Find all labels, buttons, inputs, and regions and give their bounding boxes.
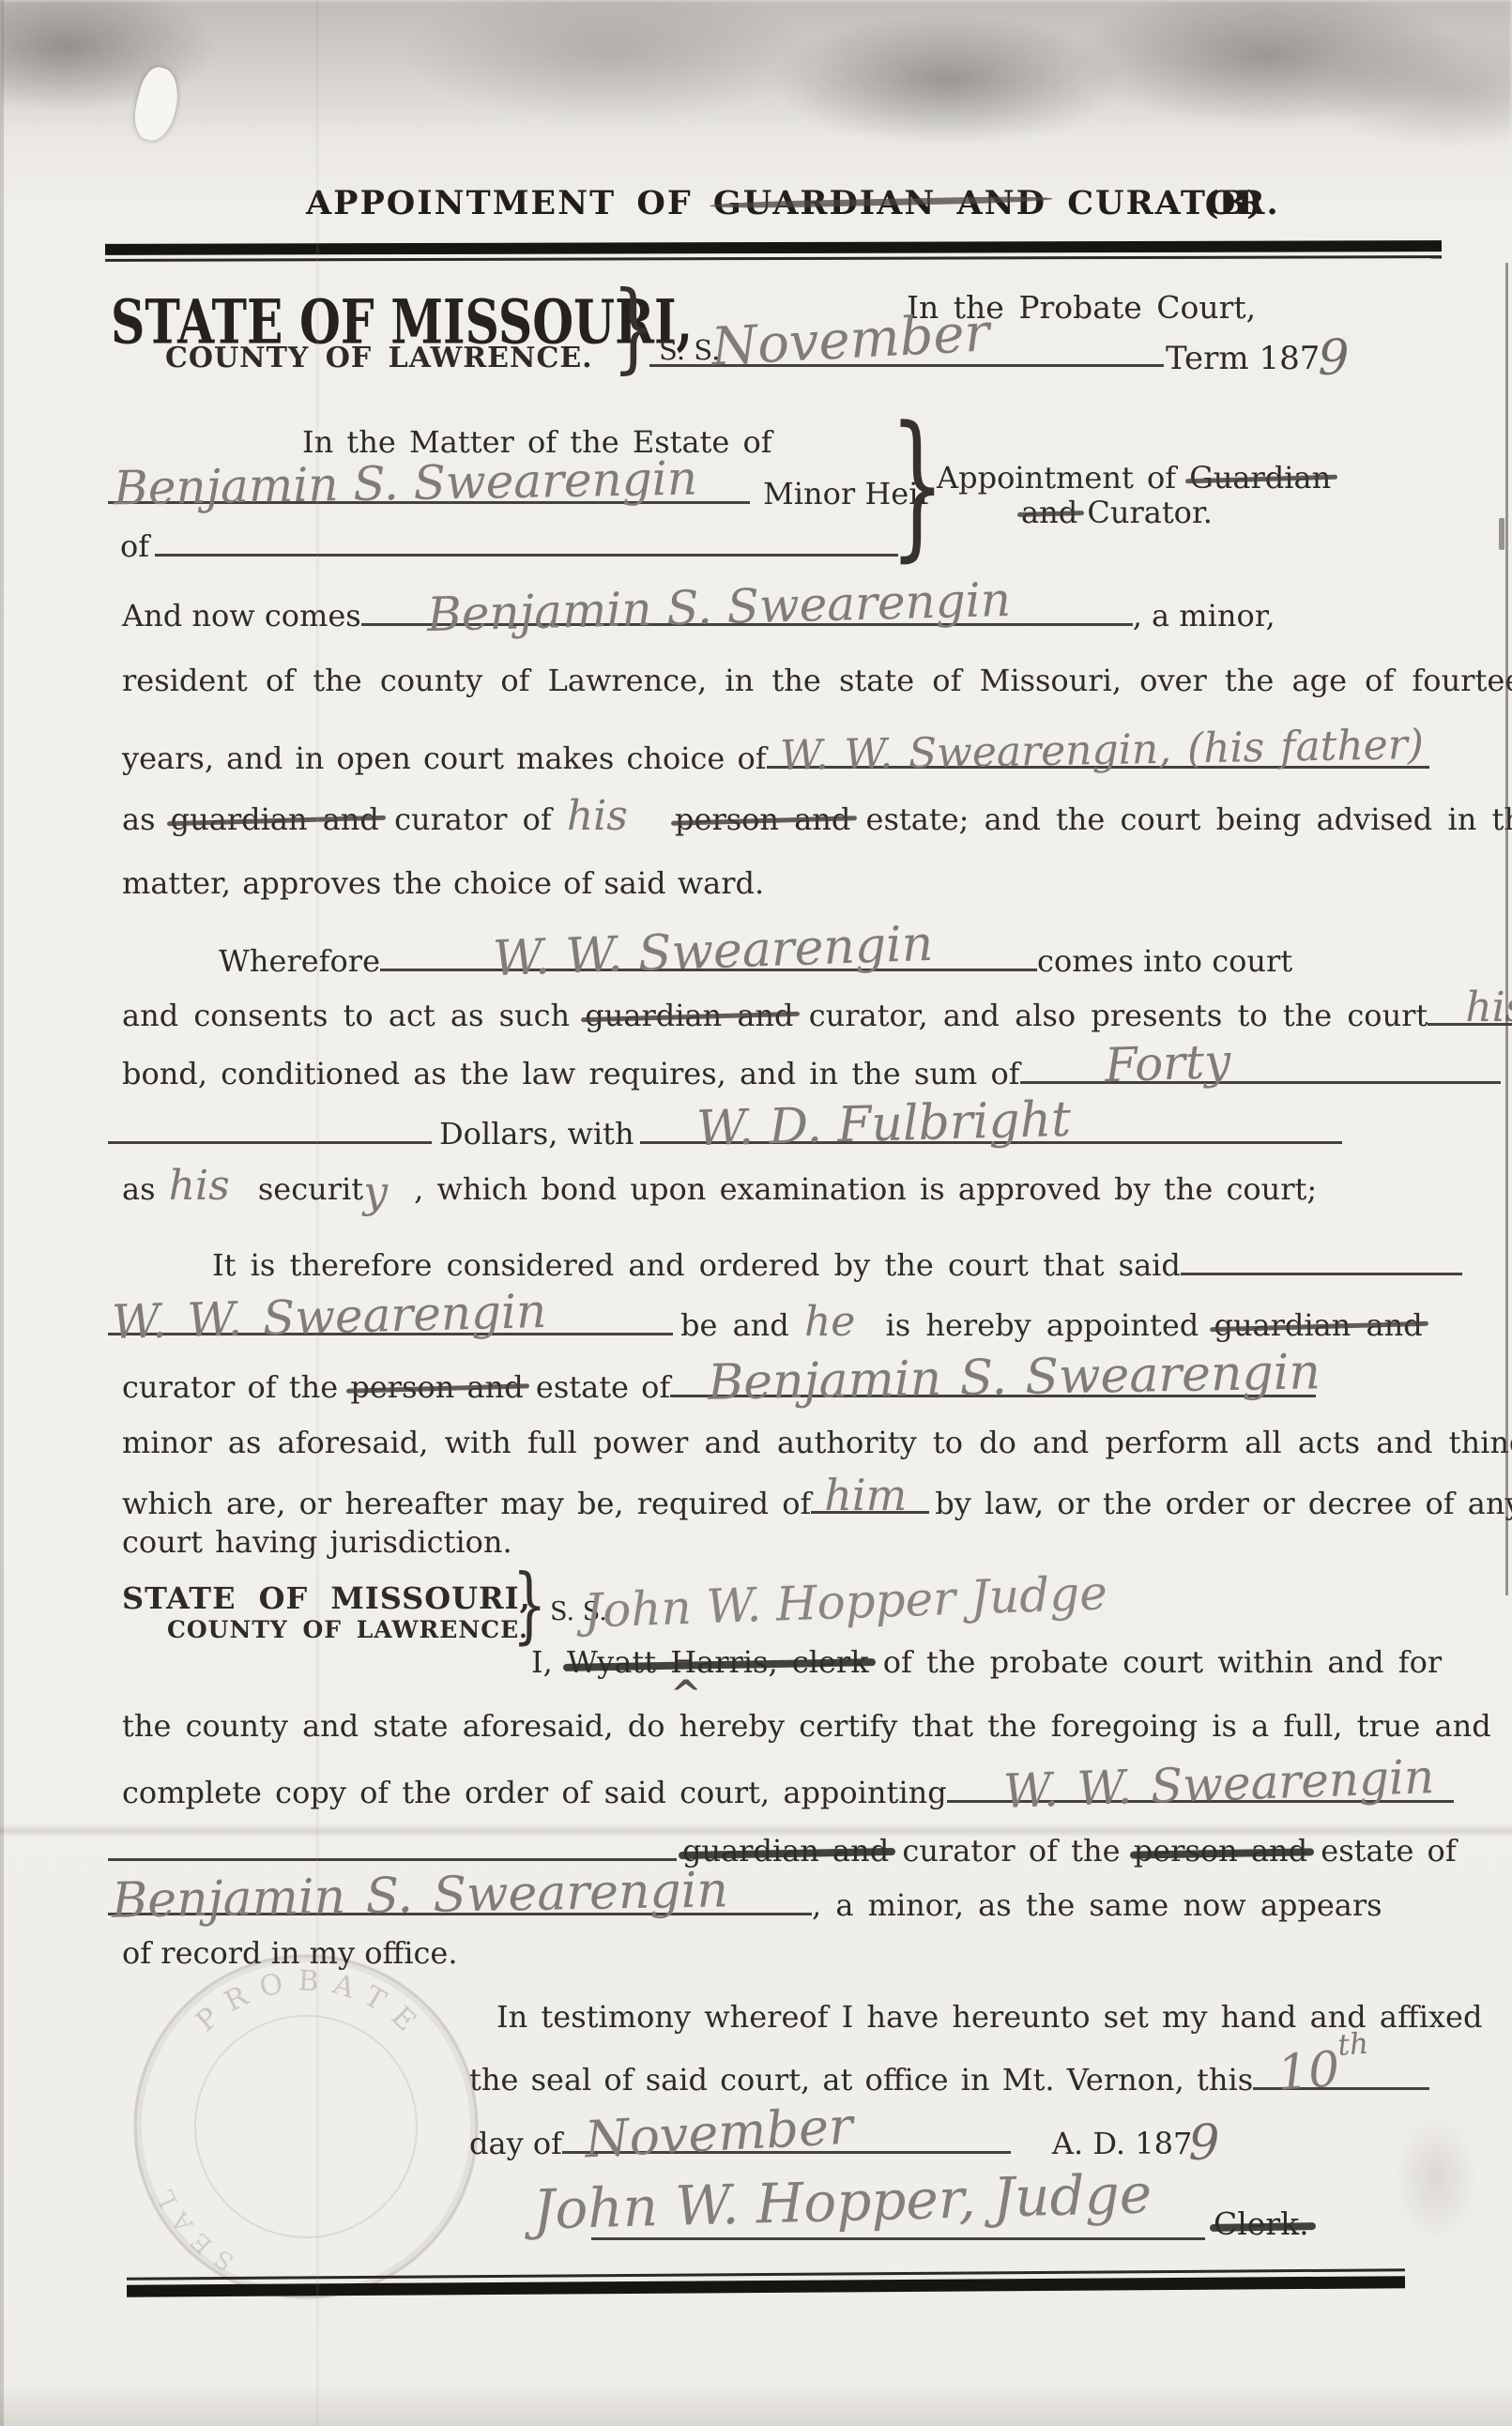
cert-line2: the county and state aforesaid, do hereb… xyxy=(122,1708,1491,1744)
testimonium-line2: the seal of said court, at office in Mt.… xyxy=(469,2059,1429,2098)
venue2-county-text: COUNTY OF LAWRENCE. xyxy=(167,1616,528,1643)
cert-blank1: W. W. Swearengin xyxy=(947,1772,1454,1803)
p2-hw-y: y xyxy=(363,1167,388,1217)
p1-t4: years, and in open court makes choice of xyxy=(122,740,767,776)
p1-t5: as xyxy=(122,801,156,837)
p3-line4: minor as aforesaid, with full power and … xyxy=(122,1425,1512,1460)
p3-t3: is hereby appointed xyxy=(886,1307,1199,1343)
testimonium-t1: In testimony whereof I have hereunto set… xyxy=(496,1999,1482,2035)
cert-t1: I, xyxy=(531,1644,553,1680)
cert-t2: of the probate court within and for xyxy=(883,1644,1442,1680)
top-rule-thin xyxy=(105,255,1442,262)
p3-blank2: Benjamin S. Swearengin xyxy=(670,1366,1316,1397)
term-label: Term 1879 xyxy=(1166,340,1351,377)
venue2-county: COUNTY OF LAWRENCE. xyxy=(167,1616,528,1643)
p2-t1: Wherefore xyxy=(219,943,380,979)
p3-t7: which are, or hereafter may be, required… xyxy=(122,1486,811,1521)
p1-hw-ward: Benjamin S. Swearengin xyxy=(426,576,1011,638)
cert-t4: complete copy of the order of said court… xyxy=(122,1775,947,1810)
testimonium-t3: day of xyxy=(469,2126,562,2161)
p3-line3: curator of the person and estate ofBenja… xyxy=(122,1366,1316,1405)
p3-t8: by law, or the order or decree of any xyxy=(929,1486,1512,1521)
top-rule-thick xyxy=(105,240,1442,255)
p2-hw-his2: his xyxy=(169,1162,230,1210)
cert-hw-swearengin: W. W. Swearengin xyxy=(1002,1753,1435,1815)
p2-t9: , which bond upon examination is approve… xyxy=(414,1171,1317,1207)
testimonium-line3: day ofNovemberA. D. 1879 xyxy=(469,2123,1223,2161)
bottom-rule-thick xyxy=(127,2276,1405,2297)
testimonium-month-blank: November xyxy=(562,2123,1011,2154)
testimonium-year-handwriting: 9 xyxy=(1188,2115,1219,2172)
seal-arc-left-text: SEAL xyxy=(147,2176,239,2276)
form-tag-text: (B) xyxy=(1203,184,1262,222)
cert-hw-benjamin: Benjamin S. Swearengin xyxy=(112,1866,729,1925)
appointment-of-label: Appointment of xyxy=(937,460,1176,496)
p2-line3: bond, conditioned as the law requires, a… xyxy=(122,1053,1501,1091)
cert-line1: I, Wyatt Harris, clerk of the probate co… xyxy=(531,1644,1442,1680)
p1-t6: curator of xyxy=(394,801,552,837)
smudge-bottom-right xyxy=(1380,2102,1492,2290)
ward-name-handwriting: Benjamin S. Swearengin xyxy=(114,455,698,512)
cert-t8: of record in my office. xyxy=(122,1935,458,1971)
p2-line1: WhereforeW. W. Swearengincomes into cour… xyxy=(219,940,1292,979)
judge-signature: John W. Hopper, Judge xyxy=(532,2161,1153,2241)
p3-line1: It is therefore considered and ordered b… xyxy=(212,1244,1462,1283)
smudge-bottom xyxy=(0,2384,1512,2426)
p3-struck-person-and: person and xyxy=(350,1369,523,1405)
p2-hw-swearengin: W. W. Swearengin xyxy=(492,920,934,984)
p3-hw-him: him xyxy=(824,1473,907,1517)
p1-t2: , a minor, xyxy=(1133,598,1275,633)
p1-line2: resident of the county of Lawrence, in t… xyxy=(122,663,1512,698)
p3-t9: court having jurisdiction. xyxy=(122,1524,512,1560)
p2-t6: Dollars, with xyxy=(432,1116,634,1152)
p3-line6: court having jurisdiction. xyxy=(122,1524,512,1560)
cert-blank2: Benjamin S. Swearengin xyxy=(108,1884,812,1915)
ward-name-blank: Benjamin S. Swearengin xyxy=(108,473,750,504)
p1-struck-guardian-and: guardian and xyxy=(171,801,379,837)
document-title: APPOINTMENT OF GUARDIAN AND CURATOR. xyxy=(306,184,1280,222)
p2-hw-fulbright: W. D. Fulbright xyxy=(695,1095,1071,1153)
p2-blank-empty xyxy=(108,1113,432,1144)
caption-of-row: of xyxy=(120,526,898,564)
curator-label: Curator. xyxy=(1087,495,1213,530)
caption-right-line1: Appointment of Guardian xyxy=(937,460,1331,496)
scan-edge-right xyxy=(1505,263,1508,1595)
testimonium-t2: the seal of said court, at office in Mt.… xyxy=(469,2062,1253,2098)
p1-line5: matter, approves the choice of said ward… xyxy=(122,865,764,901)
p2-line4: Dollars, withW. D. Fulbright xyxy=(108,1113,1342,1152)
p1-hw-father: W. W. Swearengin, (his father) xyxy=(779,725,1424,777)
p2-blank1: W. W. Swearengin xyxy=(380,940,1037,971)
p1-t7: estate; and the court being advised in t… xyxy=(866,801,1512,837)
scan-stain-top xyxy=(0,0,1512,206)
day-number: 10 xyxy=(1275,2041,1341,2101)
paper-tear xyxy=(129,64,185,145)
p1-struck-person-and: person and xyxy=(675,801,850,837)
p2-struck-guardian-and: guardian and xyxy=(585,998,793,1033)
caption-ward-row: Benjamin S. SwearenginMinor Heir xyxy=(108,473,933,511)
p1-blank2: W. W. Swearengin, (his father) xyxy=(767,738,1429,769)
testimonium-day-blank: 10th xyxy=(1253,2059,1429,2090)
p3-t5: estate of xyxy=(536,1369,670,1405)
venue1-brace: } xyxy=(612,278,655,375)
p3-line2: W. W. Swearenginbe and he is hereby appo… xyxy=(108,1305,1423,1343)
p3-blank1: W. W. Swearengin xyxy=(108,1305,673,1335)
testimonium-line1: In testimony whereof I have hereunto set… xyxy=(496,1999,1482,2035)
p2-blank-sum: Forty xyxy=(1020,1053,1501,1084)
form-tag: (B) xyxy=(1203,184,1262,222)
edge-mark xyxy=(1499,518,1504,550)
p3-blank-him: him xyxy=(811,1483,929,1514)
p2-t8: securit xyxy=(258,1171,363,1207)
probate-court-seal: PROBATE SEAL xyxy=(118,1939,494,2314)
venue1-county: COUNTY OF LAWRENCE. xyxy=(165,342,593,374)
day-suffix: th xyxy=(1336,2026,1369,2062)
venue2-brace: } xyxy=(512,1564,546,1646)
p3-struck-guardian-and: guardian and xyxy=(1214,1307,1422,1343)
cert-t3: the county and state aforesaid, do hereb… xyxy=(122,1708,1491,1744)
venue2-signature-text: John W. Hopper Judge xyxy=(583,1565,1108,1638)
title-struck-guardian-and: GUARDIAN AND xyxy=(713,184,1046,222)
cert-struck-wyatt-harris: Wyatt Harris, clerk xyxy=(567,1644,869,1680)
cert-line5: Benjamin S. Swearengin, a minor, as the … xyxy=(108,1884,1382,1923)
testimonium-t4: A. D. 187 xyxy=(1011,2126,1192,2161)
p1-t1: And now comes xyxy=(122,598,361,633)
of-label: of xyxy=(120,528,149,564)
p1-line3: years, and in open court makes choice of… xyxy=(122,738,1429,776)
cert-blank-empty xyxy=(108,1830,677,1861)
term-year-handwriting: 9 xyxy=(1318,330,1349,387)
cert-struck-person-and: person and xyxy=(1134,1833,1307,1869)
venue1-county-text: COUNTY OF LAWRENCE. xyxy=(165,342,593,374)
cert-line3: complete copy of the order of said court… xyxy=(122,1772,1454,1810)
p3-blank-trail xyxy=(1181,1244,1462,1275)
p1-t8: matter, approves the choice of said ward… xyxy=(122,865,764,901)
venue2-state: STATE OF MISSOURI, xyxy=(122,1580,531,1616)
cert-line4: guardian and curator of the person and e… xyxy=(108,1830,1457,1869)
caption-right-line2: and Curator. xyxy=(1021,495,1213,530)
top-rule xyxy=(105,240,1442,262)
p3-t4: curator of the xyxy=(122,1369,338,1405)
p3-t6: minor as aforesaid, with full power and … xyxy=(122,1425,1512,1460)
p2-t7: as xyxy=(122,1171,156,1207)
cert-t5: curator of the xyxy=(902,1833,1120,1869)
p3-hw-benjamin: Benjamin S. Swearengin xyxy=(708,1348,1321,1407)
cert-t6: estate of xyxy=(1321,1833,1456,1869)
p3-hw-he: he xyxy=(804,1298,855,1346)
p1-hw-his: his xyxy=(567,792,628,840)
struck-and: and xyxy=(1021,495,1077,530)
cert-t7: , a minor, as the same now appears xyxy=(812,1887,1382,1923)
testimonium-day-handwriting: 10th xyxy=(1275,2042,1371,2098)
p1-blank1: Benjamin S. Swearengin xyxy=(361,595,1133,626)
cert-line6: of record in my office. xyxy=(122,1935,458,1971)
p3-t1: It is therefore considered and ordered b… xyxy=(212,1247,1181,1283)
judge-signature-text: John W. Hopper, Judge xyxy=(532,2161,1153,2241)
of-blank xyxy=(155,526,898,557)
p2-line5: as his security, which bond upon examina… xyxy=(122,1171,1317,1207)
p3-t2: be and xyxy=(673,1307,789,1343)
p2-line2: and consents to act as such guardian and… xyxy=(122,995,1512,1033)
p1-line4: as guardian and curator of his person an… xyxy=(122,801,1512,837)
venue2-signature: John W. Hopper Judge xyxy=(583,1565,1108,1638)
testimonium-month-handwriting: November xyxy=(584,2101,854,2166)
p1-t3: resident of the county of Lawrence, in t… xyxy=(122,663,1512,698)
struck-clerk-label: Clerk. xyxy=(1214,2205,1309,2242)
clerk-label-row: Clerk. xyxy=(1214,2205,1309,2242)
document-page: APPOINTMENT OF GUARDIAN AND CURATOR. (B)… xyxy=(0,0,1512,2426)
title-prefix: APPOINTMENT OF xyxy=(306,184,693,222)
p2-t2: comes into court xyxy=(1037,943,1292,979)
p2-blank-his: his xyxy=(1428,995,1512,1026)
p2-t3: and consents to act as such xyxy=(122,998,570,1033)
struck-guardian: Guardian xyxy=(1189,460,1331,496)
scan-edge-left xyxy=(0,0,4,2426)
p2-t4: curator, and also presents to the court xyxy=(809,998,1428,1033)
p2-hw-forty: Forty xyxy=(1104,1038,1231,1090)
p3-line5: which are, or hereafter may be, required… xyxy=(122,1483,1512,1521)
p2-blank-surety: W. D. Fulbright xyxy=(640,1113,1342,1144)
p1-line1: And now comesBenjamin S. Swearengin, a m… xyxy=(122,595,1275,633)
term-label-text: Term 187 xyxy=(1166,340,1320,377)
venue2-state-text: STATE OF MISSOURI, xyxy=(122,1580,531,1616)
p3-hw-swearengin: W. W. Swearengin xyxy=(111,1288,546,1346)
svg-text:SEAL: SEAL xyxy=(147,2176,239,2276)
p2-t5: bond, conditioned as the law requires, a… xyxy=(122,1056,1020,1091)
